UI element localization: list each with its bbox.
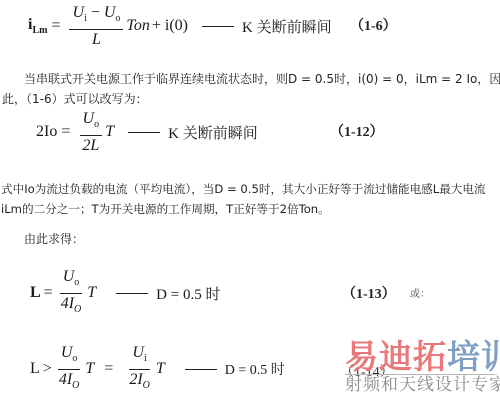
greater-than-sign: > xyxy=(43,360,52,378)
eq-tail-plus: + i(0) xyxy=(152,17,188,35)
equals-sign: = xyxy=(44,284,53,302)
eq-note: K 关断前瞬间 xyxy=(168,122,258,143)
eq-lhs: L xyxy=(30,284,41,302)
em-dash xyxy=(185,369,217,370)
equation-1-14: L > Uo 4IO T = Ui 2IO T D = 0.5 时 xyxy=(30,346,285,392)
eq-tail: T xyxy=(87,284,96,302)
eq-tail: Ton xyxy=(126,17,149,35)
fraction: Ui − Uo L xyxy=(69,4,123,49)
eq-lhs: iLm xyxy=(28,16,47,36)
eq-condition: D = 0.5 时 xyxy=(156,283,220,304)
paragraph-line: 当串联式开关电源工作于临界连续电流状态时，则D = 0.5时，i(0) = 0，… xyxy=(24,69,500,89)
fraction: Ui 2IO xyxy=(126,344,153,395)
paragraph-line: 此，（1-6）式可以改写为： xyxy=(2,89,148,109)
watermark: 易迪拓培训 射频和天线设计专家 xyxy=(345,340,500,395)
equation-number-1-13: （1-13） xyxy=(342,283,396,303)
equation-1-13: L = Uo 4IO T D = 0.5 时 xyxy=(30,270,220,316)
equation-1-6: iLm = Ui − Uo L Ton + i(0) K 关断前瞬间 xyxy=(28,4,332,48)
fraction: Uo 4IO xyxy=(56,344,83,395)
eq-lhs: 2Io xyxy=(36,123,57,141)
em-dash xyxy=(202,26,234,27)
eq-note: K 关断前瞬间 xyxy=(242,16,332,37)
paragraph-line: 由此求得： xyxy=(24,229,84,249)
eq-condition: D = 0.5 时 xyxy=(225,359,285,379)
paragraph-line: 式中Io为流过负载的电流（平均电流），当D = 0.5时，其大小正好等于流过储能… xyxy=(1,179,486,199)
equation-number-1-12: （1-12） xyxy=(330,121,384,141)
fraction: Uo 2L xyxy=(79,110,102,155)
em-dash xyxy=(116,293,148,294)
em-dash xyxy=(128,132,160,133)
eq-lhs: L xyxy=(30,360,40,378)
watermark-slogan: 射频和天线设计专家 xyxy=(345,375,500,395)
watermark-brand: 易迪拓培训 xyxy=(345,340,500,374)
equals-sign: = xyxy=(104,360,113,378)
eq-tail: T xyxy=(105,123,114,141)
or-label: 或： xyxy=(410,285,430,300)
equation-1-12: 2Io = Uo 2L T K 关断前瞬间 xyxy=(36,110,258,154)
eq-tail: T xyxy=(156,360,165,378)
paragraph-line: iLm的二分之一；T为开关电源的工作周期，T正好等于2倍Ton。 xyxy=(1,199,330,219)
fraction: Uo 4IO xyxy=(58,268,85,319)
equation-number-1-6: （1-6） xyxy=(350,15,397,35)
eq-tail: T xyxy=(85,360,94,378)
equals-sign: = xyxy=(61,123,70,141)
equals-sign: = xyxy=(51,17,60,35)
